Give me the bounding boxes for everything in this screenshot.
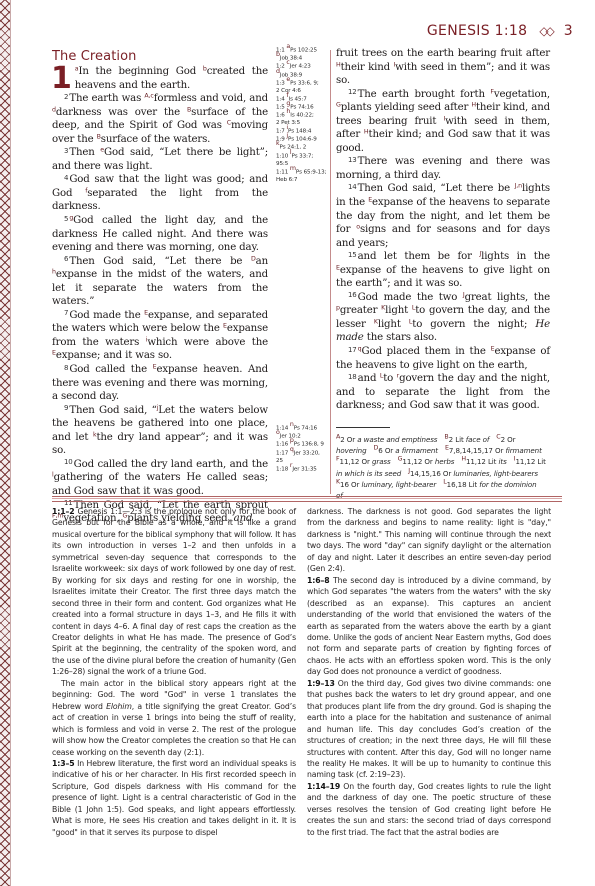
cross-ref-verse: 1:5 xyxy=(276,104,285,110)
cross-ref-verse: 1:10 xyxy=(276,153,288,159)
cross-reference: 1:2 cJer 4:23 xyxy=(276,63,326,71)
footnote-alt: its xyxy=(499,457,507,466)
footnote-verse: 14,15,16 xyxy=(410,469,441,478)
footnote-label: Or xyxy=(424,457,434,466)
cross-reference: dJob 38:9 xyxy=(276,72,326,80)
verse-list: fruit trees on the earth bearing fruit a… xyxy=(336,47,550,413)
verse-text: signs and for seasons and for days and y… xyxy=(336,224,550,249)
commentary-reference: 1:6–8 xyxy=(307,576,330,585)
footnote-verse: 11,12 xyxy=(402,457,422,466)
commentary-paragraph: 1:6–8 The second day is introduced by a … xyxy=(307,575,551,678)
verse-text: vegetation, xyxy=(494,89,550,100)
footnote-verse: 7,8,14,15,17 xyxy=(449,446,493,455)
commentary-paragraph: 1:14–19 On the fourth day, God creates l… xyxy=(307,781,551,838)
chapter-number: 1 xyxy=(51,66,72,92)
footnote-alt: a waste and emptiness xyxy=(357,435,437,444)
verse-paragraph: 8God called the Eexpanse heaven. And the… xyxy=(52,363,268,404)
cross-ref-passage: Ps 33:6, 9; xyxy=(290,80,318,86)
footnote: A2 Or a waste and emptiness xyxy=(336,435,437,444)
cross-ref-verse: 1:3 xyxy=(276,80,285,86)
cross-ref-passage: Job 38:4 xyxy=(280,56,302,62)
verse-text: Then God said, “Let there be xyxy=(358,183,515,194)
cross-reference: 1:11 mPs 65:9-13; xyxy=(276,169,326,177)
verse-text: plants yielding seed after xyxy=(341,102,472,113)
cross-reference: 95:5 xyxy=(276,161,326,169)
commentary-reference: 1:14–19 xyxy=(307,782,340,791)
verse-paragraph: 5gGod called the light day, and the dark… xyxy=(52,214,268,255)
commentary-reference: 1:3–5 xyxy=(52,759,75,768)
verse-text: which were above the xyxy=(147,337,268,348)
verse-text: lights in the xyxy=(481,251,550,262)
cross-reference: oJer 10:2 xyxy=(276,433,326,441)
verse-text: and let them be for xyxy=(358,251,480,262)
footnote-label: Or xyxy=(443,469,453,478)
cross-ref-passage: Ps 136:8, 9 xyxy=(294,442,324,448)
footnote-verse: 6 xyxy=(378,446,382,455)
cross-reference: 1:6 hIs 40:22; xyxy=(276,112,326,120)
commentary-text: On the third day, God gives two divine c… xyxy=(307,679,551,780)
verse-paragraph: 12The earth brought forth Fvegetation, G… xyxy=(336,88,550,156)
footnote-alt: luminary, light-bearer xyxy=(361,480,436,489)
cross-reference: 1:16 pPs 136:8, 9 xyxy=(276,441,326,449)
verse-text: to govern the night; xyxy=(412,319,535,330)
cross-reference: 25 xyxy=(276,458,326,466)
footnote: D6 Or a firmament xyxy=(374,446,439,455)
section-title: The Creation xyxy=(52,49,268,64)
footnote: E7,8,14,15,17 Or firmament xyxy=(445,446,542,455)
verse-number: 3 xyxy=(64,147,68,155)
verse-text: great lights, the xyxy=(465,292,550,303)
footnote-alt: hovering xyxy=(336,446,367,455)
translation-footnotes: A2 Or a waste and emptiness B2 Lit face … xyxy=(336,434,550,502)
footnote: H11,12 Lit its xyxy=(461,457,506,466)
verse-number: 7 xyxy=(64,309,68,317)
footnote-label: Or xyxy=(385,446,395,455)
cross-ref-passage: Ps 148:4 xyxy=(288,129,311,135)
verse-text: In the beginning God xyxy=(78,66,202,77)
verse-number: 2 xyxy=(64,93,68,101)
verse-number: 18 xyxy=(348,373,357,381)
footnote: F11,12 Or grass xyxy=(336,457,391,466)
commentary-reference: 1:1–2 xyxy=(52,507,75,516)
page-number: 3 xyxy=(564,23,573,39)
footnote-label: Or xyxy=(362,457,372,466)
commentary-italic: Elohim xyxy=(106,702,132,711)
footnote-alt: grass xyxy=(372,457,391,466)
verse-number: 14 xyxy=(348,183,357,191)
verse-text: light xyxy=(385,305,412,316)
verse-text: expanse in the midst of the waters, and … xyxy=(52,269,268,307)
commentary-reference: 1:9–13 xyxy=(307,679,335,688)
verse-text: their kind xyxy=(341,62,394,73)
footnote-label: Or xyxy=(351,480,361,489)
footnote-verse: 2 xyxy=(340,435,344,444)
cross-reference: 1:7 iPs 148:4 xyxy=(276,128,326,136)
commentary-text: darkness. The darkness is not good. God … xyxy=(307,507,551,573)
footnote-label: Or xyxy=(507,435,515,444)
footnote-rule xyxy=(336,427,390,428)
verse-text: Then God said, “ xyxy=(69,405,156,416)
footnote-verse: 2 xyxy=(449,435,453,444)
commentary-text: The second day is introduced by a divine… xyxy=(307,576,551,677)
commentary-column-right: darkness. The darkness is not good. God … xyxy=(307,506,551,838)
cross-reference: 1:17 qJer 33:20, xyxy=(276,450,326,458)
cross-reference: 1:4 fIs 45:7 xyxy=(276,96,326,104)
commentary-paragraph: 1:9–13 On the third day, God gives two d… xyxy=(307,678,551,781)
verse-number: 13 xyxy=(348,156,357,164)
verse-paragraph: 16God made the two Jgreat lights, the pg… xyxy=(336,291,550,345)
footnote-alt: firmament xyxy=(505,446,541,455)
commentary-text: Genesis 1:1—2:3 is the prologue not only… xyxy=(52,507,296,676)
verse-text: gathering of the waters He called seas; … xyxy=(52,472,268,497)
verse-paragraph: 1aIn the beginning God bcreated the heav… xyxy=(52,65,268,92)
footnote: J14,15,16 Or luminaries, light-bearers xyxy=(408,469,538,478)
verse-paragraph: 6Then God said, “Let there be Dan hexpan… xyxy=(52,255,268,309)
verse-paragraph: 18and Lto rgovern the day and the night,… xyxy=(336,372,550,413)
verse-text: The earth brought forth xyxy=(358,89,491,100)
cross-ref-passage: Ps 74:16 xyxy=(290,104,313,110)
cross-references-top: 1:1 aPs 102:25bJob 38:41:2 cJer 4:23dJob… xyxy=(276,47,326,184)
running-header: GENESIS 1:18 ◇◇ 3 xyxy=(427,23,573,39)
footnote: B2 Lit face of xyxy=(444,435,489,444)
verse-number: 9 xyxy=(64,404,68,412)
footnote-verse: 11,12 xyxy=(515,457,535,466)
cross-reference: kPs 24:1, 2 xyxy=(276,144,326,152)
commentary-paragraph: The main actor in the biblical story app… xyxy=(52,678,296,758)
commentary-text: In Hebrew literature, the first word an … xyxy=(52,759,296,837)
footnote-label: Lit xyxy=(537,457,545,466)
verse-number: 4 xyxy=(64,174,68,182)
commentary-text: On the fourth day, God creates lights to… xyxy=(307,782,551,837)
cross-reference: 1:18 rJer 31:35 xyxy=(276,466,326,474)
footnote-label: Lit xyxy=(469,480,480,489)
cross-ref-passage: Jer 31:35 xyxy=(292,466,316,472)
verse-text: There was evening and there was morning,… xyxy=(336,156,550,181)
running-head-reference: GENESIS 1:18 xyxy=(427,23,527,39)
cross-reference: 1:5 gPs 74:16 xyxy=(276,104,326,112)
cross-ref-passage: Job 38:9 xyxy=(280,72,302,78)
cross-ref-verse: 1:18 xyxy=(276,466,288,472)
cross-ref-marker: A,c xyxy=(144,93,153,100)
verse-paragraph: 14Then God said, “Let there be J,nlights… xyxy=(336,182,550,250)
verse-text: Then xyxy=(69,147,100,158)
verse-number: 16 xyxy=(348,291,357,299)
commentary-divider xyxy=(52,496,562,502)
cross-ref-passage: Is 40:22; xyxy=(290,113,313,119)
cross-reference: Heb 6:7 xyxy=(276,177,326,185)
verse-number: 10 xyxy=(64,458,73,466)
verse-number: 15 xyxy=(348,251,357,259)
cross-ref-passage: Heb 6:7 xyxy=(276,177,297,183)
footnote-verse: 16,18 xyxy=(447,480,467,489)
verse-paragraph: 3Then eGod said, “Let there be light”; a… xyxy=(52,146,268,173)
cross-ref-verse: 1:6 xyxy=(276,113,285,119)
cross-ref-marker: J,n xyxy=(515,183,522,190)
verse-number: 8 xyxy=(64,364,68,372)
cross-ref-verse: 1:16 xyxy=(276,442,288,448)
verse-text: light xyxy=(378,319,409,330)
footnote-verse: 11,12 xyxy=(340,457,360,466)
footnote-alt: luminaries, light-bearers xyxy=(453,469,538,478)
cross-ref-passage: Ps 33:7; xyxy=(292,153,314,159)
verse-paragraph: 13There was evening and there was mornin… xyxy=(336,155,550,182)
footnote-label: Or xyxy=(495,446,505,455)
verse-text: the stars also. xyxy=(364,332,437,343)
cross-reference: 1:3 ePs 33:6, 9; xyxy=(276,80,326,88)
cross-ref-verse: 1:17 xyxy=(276,450,288,456)
verse-text: surface of the waters. xyxy=(101,134,211,145)
verse-text: an xyxy=(256,256,268,267)
commentary-column-left: 1:1–2 Genesis 1:1—2:3 is the prologue no… xyxy=(52,506,296,838)
ornament-icon: ◇◇ xyxy=(539,24,551,38)
cross-reference: 2 Pet 3:5 xyxy=(276,120,326,128)
footnote-alt: in which is its seed xyxy=(336,469,401,478)
footnote-alt: a firmament xyxy=(395,446,438,455)
verse-text: greater xyxy=(340,305,381,316)
verse-text: The earth was xyxy=(69,93,144,104)
footnote-label: Lit xyxy=(488,457,499,466)
verse-paragraph: 4God saw that the light was good; and Go… xyxy=(52,173,268,214)
verse-text: formless and void, and xyxy=(154,93,268,104)
verse-text: darkness was over the xyxy=(56,107,187,118)
verse-number: 12 xyxy=(348,88,357,96)
footnote: K16 Or luminary, light-bearer xyxy=(336,480,436,489)
verse-text: their kind; and God saw that it was good… xyxy=(336,129,550,154)
cross-ref-passage: Ps 102:25 xyxy=(290,48,317,54)
verse-number: 17 xyxy=(348,346,357,354)
cross-reference: 1:14 nPs 74:16 xyxy=(276,425,326,433)
cross-ref-passage: Ps 104:6-9 xyxy=(288,137,317,143)
footnote-alt: herbs xyxy=(435,457,454,466)
verse-number: 6 xyxy=(64,255,68,263)
footnote: G11,12 Or herbs xyxy=(398,457,455,466)
footnote-label: Or xyxy=(347,435,357,444)
column-divider xyxy=(330,50,331,494)
footnote-verse: 16 xyxy=(340,480,349,489)
verse-paragraph: fruit trees on the earth bearing fruit a… xyxy=(336,47,550,88)
scripture-column-right: fruit trees on the earth bearing fruit a… xyxy=(336,47,550,502)
verse-paragraph: 10God called the dry land earth, and the… xyxy=(52,458,268,499)
footnote-verse: 11,12 xyxy=(466,457,486,466)
verse-paragraph: 15and let them be for Jlights in the Eex… xyxy=(336,250,550,291)
verse-text: fruit trees on the earth bearing fruit a… xyxy=(336,48,550,59)
verse-text: God called the light day, and the darkne… xyxy=(52,215,268,253)
scripture-column-left: The Creation 1aIn the beginning God bcre… xyxy=(52,49,268,526)
verse-text: God called the xyxy=(69,364,152,375)
verse-text: expanse; and it was so. xyxy=(56,350,172,361)
verse-text: God made the two xyxy=(358,292,463,303)
cross-ref-passage: 25 xyxy=(276,458,283,464)
cross-ref-passage: 95:5 xyxy=(276,161,288,167)
cross-ref-passage: Ps 74:16 xyxy=(294,426,317,432)
cross-reference: 1:10 lPs 33:7; xyxy=(276,153,326,161)
verse-text: to xyxy=(383,373,396,384)
verse-paragraph: 17qGod placed them in the Eexpanse of th… xyxy=(336,345,550,372)
footnote-label: Lit xyxy=(455,435,466,444)
verse-text: expanse of the heavens to give light on … xyxy=(336,265,550,290)
cross-ref-verse: 1:11 xyxy=(276,169,288,175)
verse-paragraph: 9Then God said, “jLet the waters below t… xyxy=(52,404,268,458)
verse-text: God placed them in the xyxy=(361,346,490,357)
cross-ref-passage: Jer 4:23 xyxy=(290,64,311,70)
footnote-verse: 2 xyxy=(501,435,505,444)
commentary-paragraph: darkness. The darkness is not good. God … xyxy=(307,506,551,575)
cross-references-bottom: 1:14 nPs 74:16oJer 10:21:16 pPs 136:8, 9… xyxy=(276,425,326,474)
footnote-alt: face of xyxy=(466,435,490,444)
verse-paragraph: 7God made the Eexpanse, and separated th… xyxy=(52,309,268,363)
verse-text: God called the dry land earth, and the xyxy=(74,459,268,470)
verse-number: 5 xyxy=(64,215,68,223)
cross-ref-passage: Jer 33:20, xyxy=(294,450,320,456)
cross-reference: 2 Cor 4:6 xyxy=(276,88,326,96)
cross-ref-passage: Ps 24:1, 2 xyxy=(280,145,307,151)
cross-ref-verse: 1:4 xyxy=(276,96,285,102)
cross-reference: 1:1 aPs 102:25 xyxy=(276,47,326,55)
cross-ref-passage: Ps 65:9-13; xyxy=(296,169,326,175)
verse-text: Then God said, “Let there be xyxy=(69,256,251,267)
commentary-paragraph: 1:3–5 In Hebrew literature, the first wo… xyxy=(52,758,296,838)
verse-paragraph: 2The earth was A,cformless and void, and… xyxy=(52,92,268,146)
commentary-paragraph: 1:1–2 Genesis 1:1—2:3 is the prologue no… xyxy=(52,506,296,678)
verse-list: 1aIn the beginning God bcreated the heav… xyxy=(52,65,268,526)
cross-reference: 1:9 jPs 104:6-9 xyxy=(276,136,326,144)
cross-ref-verse: 1:7 xyxy=(276,129,285,135)
cross-ref-passage: Is 45:7 xyxy=(289,96,307,102)
verse-text: and xyxy=(358,373,380,384)
verse-text: God made the xyxy=(69,310,144,321)
cross-reference: bJob 38:4 xyxy=(276,55,326,63)
page-edge-decoration xyxy=(0,0,11,886)
